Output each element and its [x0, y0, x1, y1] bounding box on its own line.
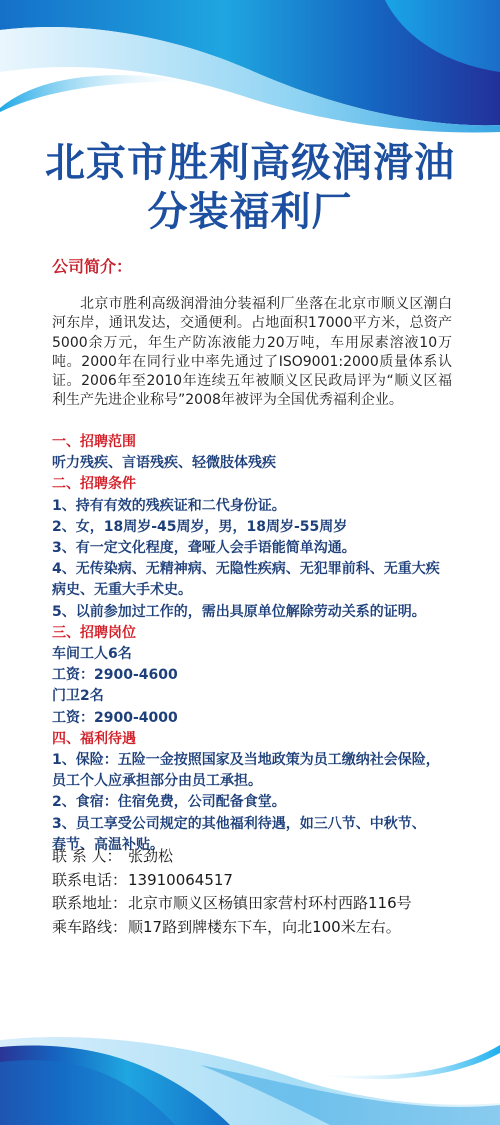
position-line: 门卫2名 — [52, 686, 472, 707]
contact-phone-value[interactable]: 13910064517 — [128, 871, 233, 889]
salary-line: 工资：2900-4000 — [52, 708, 472, 729]
section-heading-benefits: 四、福利待遇 — [52, 729, 472, 750]
poster-title-line1: 北京市胜利高级润滑油 — [0, 138, 500, 188]
contact-person-value: 张劲松 — [128, 847, 173, 865]
contact-info: 联 系 人：张劲松 联系电话：13910064517 联系地址：北京市顺义区杨镇… — [52, 845, 472, 939]
contact-phone-row: 联系电话：13910064517 — [52, 869, 472, 893]
salary-line: 工资：2900-4600 — [52, 665, 472, 686]
requirement-line: 1、持有有效的残疾证和二代身份证。 — [52, 496, 472, 517]
contact-address-label: 联系地址： — [52, 892, 128, 916]
requirement-line: 3、有一定文化程度，聋哑人会手语能简单沟通。 — [52, 538, 472, 559]
scope-line: 听力残疾、言语残疾、轻微肢体残疾 — [52, 453, 472, 474]
requirement-line: 4、无传染病、无精神病、无隐性疾病、无犯罪前科、无重大疾 — [52, 559, 472, 580]
contact-address-value: 北京市顺义区杨镇田家营村环村西路116号 — [128, 894, 412, 912]
benefit-line: 1、保险：五险一金按照国家及当地政策为员工缴纳社会保险， — [52, 750, 472, 771]
contact-phone-label: 联系电话： — [52, 869, 128, 893]
section-heading-positions: 三、招聘岗位 — [52, 623, 472, 644]
bus-route-label: 乘车路线： — [52, 916, 128, 940]
company-intro-body: 北京市胜利高级润滑油分装福利厂坐落在北京市顺义区潮白河东岸，通讯发达，交通便利。… — [52, 295, 452, 411]
position-line: 车间工人6名 — [52, 644, 472, 665]
bus-route-row: 乘车路线：顺17路到牌楼东下车，向北100米左右。 — [52, 916, 472, 940]
bottom-wave-decoration — [0, 985, 500, 1125]
section-heading-scope: 一、招聘范围 — [52, 432, 472, 453]
requirement-line: 病史、无重大手术史。 — [52, 580, 472, 601]
top-wave-decoration — [0, 0, 500, 140]
section-heading-requirements: 二、招聘条件 — [52, 474, 472, 495]
bus-route-value: 顺17路到牌楼东下车，向北100米左右。 — [128, 918, 401, 936]
contact-person-row: 联 系 人：张劲松 — [52, 845, 472, 869]
requirement-line: 5、以前参加过工作的，需出具原单位解除劳动关系的证明。 — [52, 602, 472, 623]
poster-title-line2: 分装福利厂 — [0, 187, 500, 237]
company-intro-heading: 公司简介： — [52, 254, 132, 277]
benefit-line: 3、员工享受公司规定的其他福利待遇，如三八节、中秋节、 — [52, 814, 472, 835]
requirement-line: 2、女，18周岁-45周岁，男，18周岁-55周岁 — [52, 517, 472, 538]
contact-address-row: 联系地址：北京市顺义区杨镇田家营村环村西路116号 — [52, 892, 472, 916]
benefit-line: 员工个人应承担部分由员工承担。 — [52, 771, 472, 792]
recruitment-details: 一、招聘范围 听力残疾、言语残疾、轻微肢体残疾 二、招聘条件 1、持有有效的残疾… — [52, 432, 472, 856]
contact-person-label: 联 系 人： — [52, 845, 128, 869]
benefit-line: 2、食宿：住宿免费，公司配备食堂。 — [52, 792, 472, 813]
